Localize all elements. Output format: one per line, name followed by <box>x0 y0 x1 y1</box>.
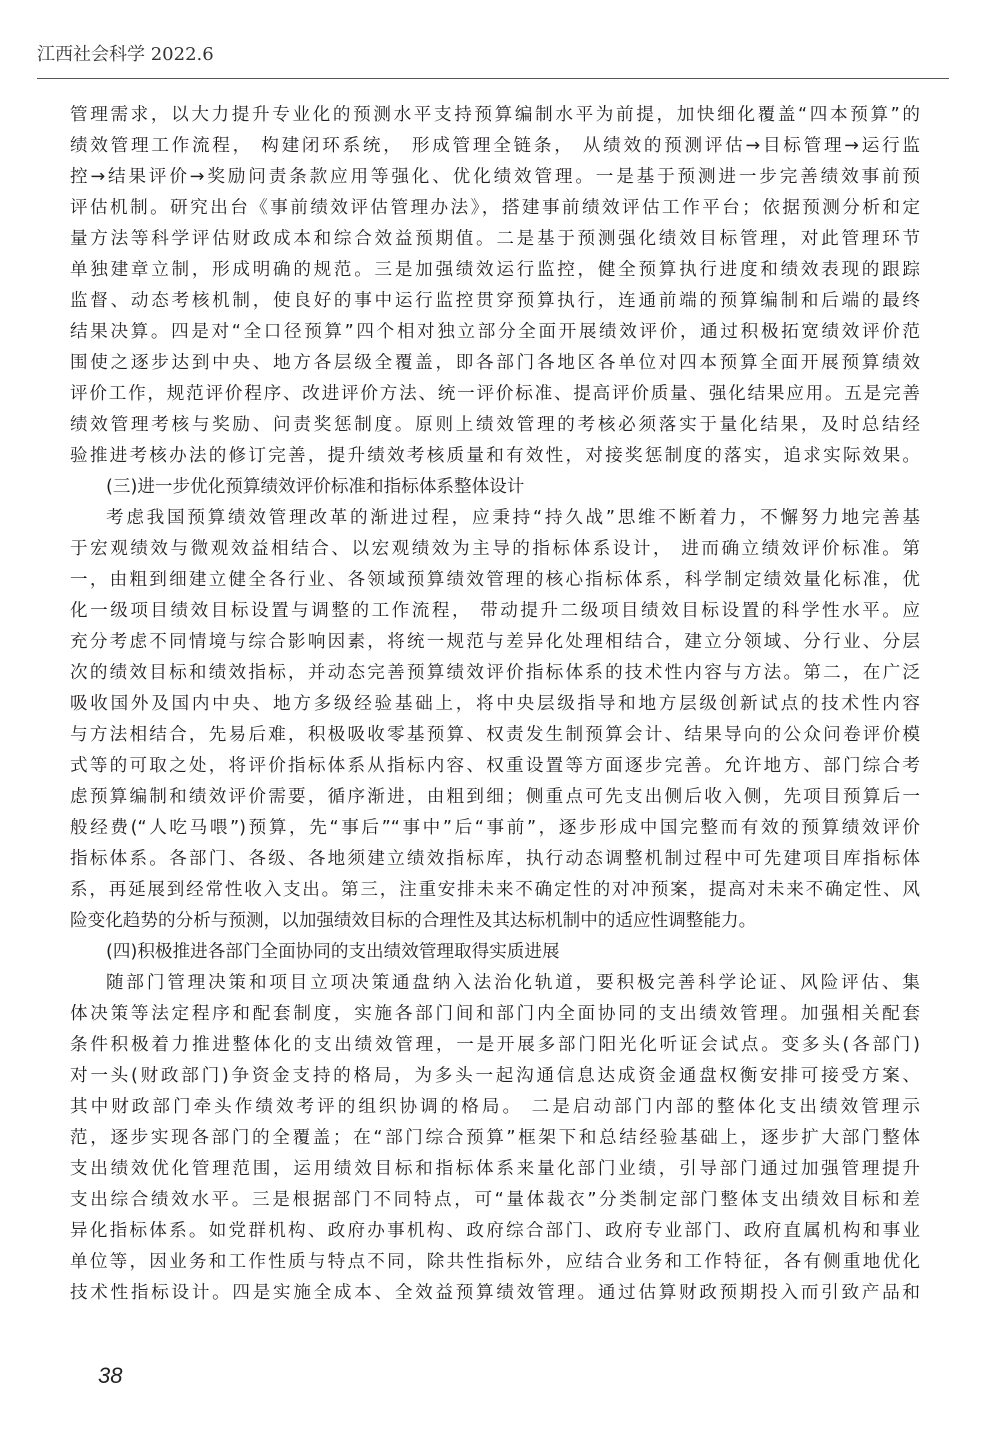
section-heading: (三)进一步优化预算绩效评价标准和指标体系整体设计 <box>70 472 920 503</box>
paragraph-line: 对一头(财政部门)争资金支持的格局，为多头一起沟通信息达成资金通盘权衡安排可接受… <box>70 1061 920 1092</box>
journal-title: 江西社会科学 2022.6 <box>37 40 214 66</box>
paragraph-line: 单独建章立制，形成明确的规范。三是加强绩效运行监控，健全预算执行进度和绩效表现的… <box>70 255 920 286</box>
paragraph-line: 于宏观绩效与微观效益相结合、以宏观绩效为主导的指标体系设计， 进而确立绩效评价标… <box>70 534 920 565</box>
paragraph-line: 一，由粗到细建立健全各行业、各领域预算绩效管理的核心指标体系，科学制定绩效量化标… <box>70 565 920 596</box>
paragraph-line: 评价工作，规范评价程序、改进评价方法、统一评价标准、提高评价质量、强化结果应用。… <box>70 379 920 410</box>
paragraph-line: 量方法等科学评估财政成本和综合效益预期值。二是基于预测强化绩效目标管理，对此管理… <box>70 224 920 255</box>
paragraph-line: 验推进考核办法的修订完善，提升绩效考核质量和有效性，对接奖惩制度的落实，追求实际… <box>70 441 920 472</box>
paragraph-line: 与方法相结合，先易后难，积极吸收零基预算、权责发生制预算会计、结果导向的公众问卷… <box>70 720 920 751</box>
paragraph-line: 异化指标体系。如党群机构、政府办事机构、政府综合部门、政府专业部门、政府直属机构… <box>70 1216 920 1247</box>
paragraph-line: 技术性指标设计。四是实施全成本、全效益预算绩效管理。通过估算财政预期投入而引致产… <box>70 1278 920 1309</box>
paragraph-line: 控→结果评价→奖励问责条款应用等强化、优化绩效管理。一是基于预测进一步完善绩效事… <box>70 162 920 193</box>
paragraph-line: 支出综合绩效水平。三是根据部门不同特点，可“量体裁衣”分类制定部门整体支出绩效目… <box>70 1185 920 1216</box>
paragraph-line: 随部门管理决策和项目立项决策通盘纳入法治化轨道，要积极完善科学论证、风险评估、集 <box>70 968 920 999</box>
paragraph-line: 化一级项目绩效目标设置与调整的工作流程， 带动提升二级项目绩效目标设置的科学性水… <box>70 596 920 627</box>
paragraph-line: 式等的可取之处，将评价指标体系从指标内容、权重设置等方面逐步完善。允许地方、部门… <box>70 751 920 782</box>
paragraph-line: 吸收国外及国内中央、地方多级经验基础上，将中央层级指导和地方层级创新试点的技术性… <box>70 689 920 720</box>
header-divider <box>37 78 949 79</box>
paragraph-line: 评估机制。研究出台《事前绩效评估管理办法》，搭建事前绩效评估工作平台；依据预测分… <box>70 193 920 224</box>
paragraph-line: 险变化趋势的分析与预测，以加强绩效目标的合理性及其达标机制中的适应性调整能力。 <box>70 906 920 937</box>
page-number: 38 <box>98 1363 122 1389</box>
paragraph-line: 充分考虑不同情境与综合影响因素，将统一规范与差异化处理相结合，建立分领域、分行业… <box>70 627 920 658</box>
paragraph-line: 考虑我国预算绩效管理改革的渐进过程，应秉持“持久战”思维不断着力，不懈努力地完善… <box>70 503 920 534</box>
paragraph-line: 支出绩效优化管理范围，运用绩效目标和指标体系来量化部门业绩，引导部门通过加强管理… <box>70 1154 920 1185</box>
paragraph-line: 其中财政部门牵头作绩效考评的组织协调的格局。 二是启动部门内部的整体化支出绩效管… <box>70 1092 920 1123</box>
paragraph-line: 监督、动态考核机制，使良好的事中运行监控贯穿预算执行，连通前端的预算编制和后端的… <box>70 286 920 317</box>
paragraph-line: 结果决算。四是对“全口径预算”四个相对独立部分全面开展绩效评价，通过积极拓宽绩效… <box>70 317 920 348</box>
article-body: 管理需求，以大力提升专业化的预测水平支持预算编制水平为前提，加快细化覆盖“四本预… <box>70 100 920 1309</box>
paragraph-line: 指标体系。各部门、各级、各地须建立绩效指标库，执行动态调整机制过程中可先建项目库… <box>70 844 920 875</box>
paragraph-line: 范，逐步实现各部门的全覆盖；在“部门综合预算”框架下和总结经验基础上，逐步扩大部… <box>70 1123 920 1154</box>
paragraph-line: 单位等，因业务和工作性质与特点不同，除共性指标外，应结合业务和工作特征，各有侧重… <box>70 1247 920 1278</box>
paragraph-line: 围使之逐步达到中央、地方各层级全覆盖，即各部门各地区各单位对四本预算全面开展预算… <box>70 348 920 379</box>
paragraph-line: 系，再延展到经常性收入支出。第三，注重安排未来不确定性的对冲预案，提高对未来不确… <box>70 875 920 906</box>
paragraph-line: 体决策等法定程序和配套制度，实施各部门间和部门内全面协同的支出绩效管理。加强相关… <box>70 999 920 1030</box>
paragraph-line: 般经费(“人吃马喂”)预算，先“事后”“事中”后“事前”，逐步形成中国完整而有效… <box>70 813 920 844</box>
paragraph-line: 条件积极着力推进整体化的支出绩效管理，一是开展多部门阳光化听证会试点。变多头(各… <box>70 1030 920 1061</box>
paragraph-line: 管理需求，以大力提升专业化的预测水平支持预算编制水平为前提，加快细化覆盖“四本预… <box>70 100 920 131</box>
paragraph-line: 绩效管理考核与奖励、问责奖惩制度。原则上绩效管理的考核必须落实于量化结果，及时总… <box>70 410 920 441</box>
paragraph-line: 绩效管理工作流程， 构建闭环系统， 形成管理全链条， 从绩效的预测评估→目标管理… <box>70 131 920 162</box>
section-heading: (四)积极推进各部门全面协同的支出绩效管理取得实质进展 <box>70 937 920 968</box>
paragraph-line: 次的绩效目标和绩效指标，并动态完善预算绩效评价指标体系的技术性内容与方法。第二，… <box>70 658 920 689</box>
paragraph-line: 虑预算编制和绩效评价需要，循序渐进，由粗到细；侧重点可先支出侧后收入侧，先项目预… <box>70 782 920 813</box>
